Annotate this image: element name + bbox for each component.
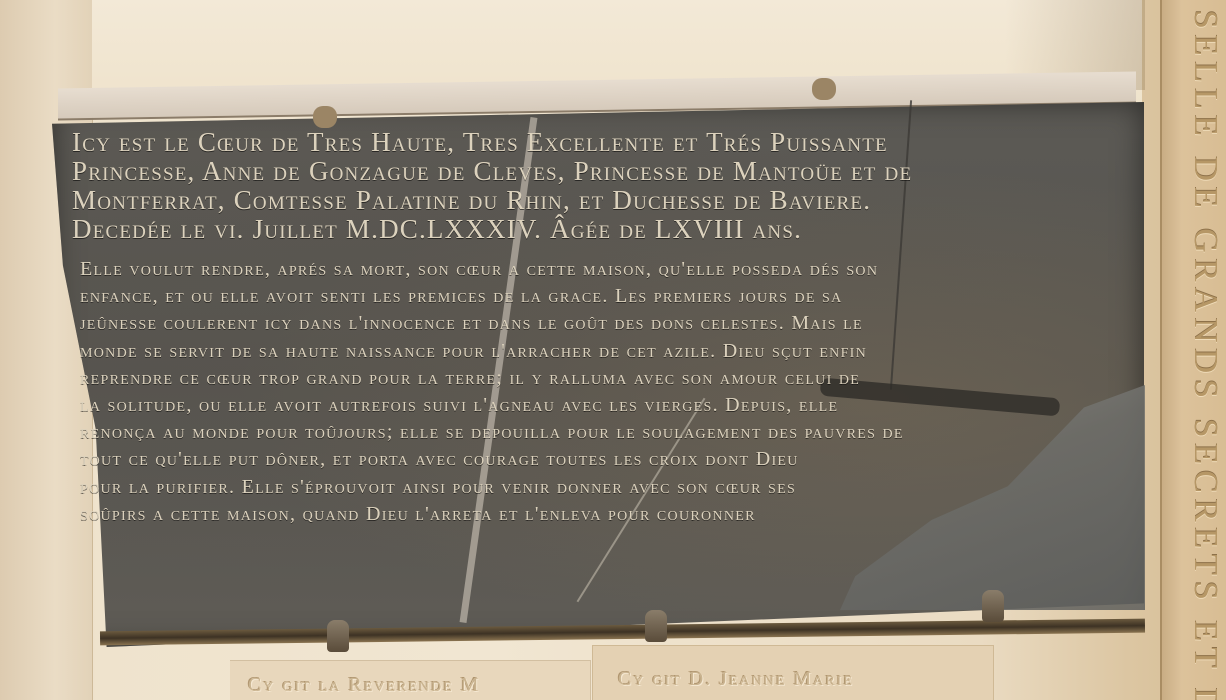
body-line: tout ce qu'elle put dôner, et porta avec… [72, 446, 1132, 473]
body-line: la solitude, ou elle avoit autrefois sui… [72, 392, 1132, 419]
vertical-column-inscription: SELLE DE GRANDS SECRETS ET DE G [1184, 10, 1224, 700]
mounting-clamp [982, 590, 1004, 622]
lower-plaque-text: Cy git D. Jeanne Marie [618, 668, 854, 691]
mounting-clamp [812, 78, 836, 100]
mounting-clamp [327, 620, 349, 652]
body-line: renonça au monde pour toûjours; elle se … [72, 419, 1132, 446]
heading-line: Montferrat, Comtesse Palatine du Rhin, e… [72, 186, 1132, 215]
heading-line: Princesse, Anne de Gonzague de Cleves, P… [72, 157, 1132, 186]
body-line: reprendre ce cœur trop grand pour la ter… [72, 365, 1132, 392]
body-line: monde se servit de sa haute naissance po… [72, 338, 1132, 365]
mounting-clamp [645, 610, 667, 642]
mounting-clamp [313, 106, 337, 128]
body-line: soûpirs a cette maison, quand Dieu l'arr… [72, 501, 1132, 528]
body-line: pour la purifier. Elle s'éprouvoit ainsi… [72, 474, 1132, 501]
inscription-heading: Icy est le Cœur de Tres Haute, Tres Exce… [72, 128, 1132, 244]
inscription-body: Elle voulut rendre, aprés sa mort, son c… [72, 256, 1132, 528]
plaque-inscription: Icy est le Cœur de Tres Haute, Tres Exce… [72, 128, 1132, 528]
heading-line: Icy est le Cœur de Tres Haute, Tres Exce… [72, 128, 1132, 157]
lower-plaque-text: Cy git la Reverende M [248, 674, 480, 697]
body-line: enfance, et ou elle avoit senti les prem… [72, 283, 1132, 310]
body-line: jeûnesse coulerent icy dans l'innocence … [72, 310, 1132, 337]
body-line: Elle voulut rendre, aprés sa mort, son c… [72, 256, 1132, 283]
heading-line: Decedée le vi. Juillet M.DC.LXXXIV. Âgée… [72, 215, 1132, 244]
